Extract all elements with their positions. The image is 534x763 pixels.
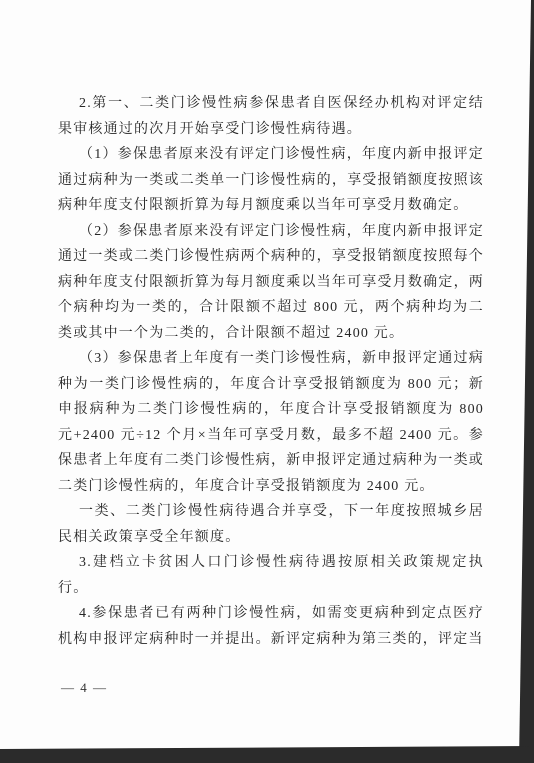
paragraph: （2）参保患者原来没有评定门诊慢性病，年度内新申报评定通过一类或二类门诊慢性病两…	[58, 219, 484, 347]
paragraph: 3.建档立卡贫困人口门诊慢性病待遇按原相关政策规定执行。	[58, 550, 484, 601]
scan-edge-bottom	[0, 745, 534, 763]
page-number: — 4 —	[61, 680, 108, 696]
paragraph: 4.参保患者已有两种门诊慢性病，如需变更病种到定点医疗机构申报评定病种时一并提出…	[58, 601, 484, 652]
scanned-page: 2.第一、二类门诊慢性病参保患者自医保经办机构对评定结果审核通过的次月开始享受门…	[0, 0, 534, 763]
paragraph: （3）参保患者上年度有一类门诊慢性病，新申报评定通过病种为一类门诊慢性病的，年度…	[58, 346, 484, 499]
document-body: 2.第一、二类门诊慢性病参保患者自医保经办机构对评定结果审核通过的次月开始享受门…	[58, 91, 484, 652]
paragraph: （1）参保患者原来没有评定门诊慢性病，年度内新申报评定通过病种为一类或二类单一门…	[58, 142, 484, 219]
paragraph: 2.第一、二类门诊慢性病参保患者自医保经办机构对评定结果审核通过的次月开始享受门…	[58, 91, 484, 142]
scan-edge-right	[514, 0, 534, 763]
paragraph: 一类、二类门诊慢性病待遇合并享受，下一年度按照城乡居民相关政策享受全年额度。	[58, 499, 484, 550]
